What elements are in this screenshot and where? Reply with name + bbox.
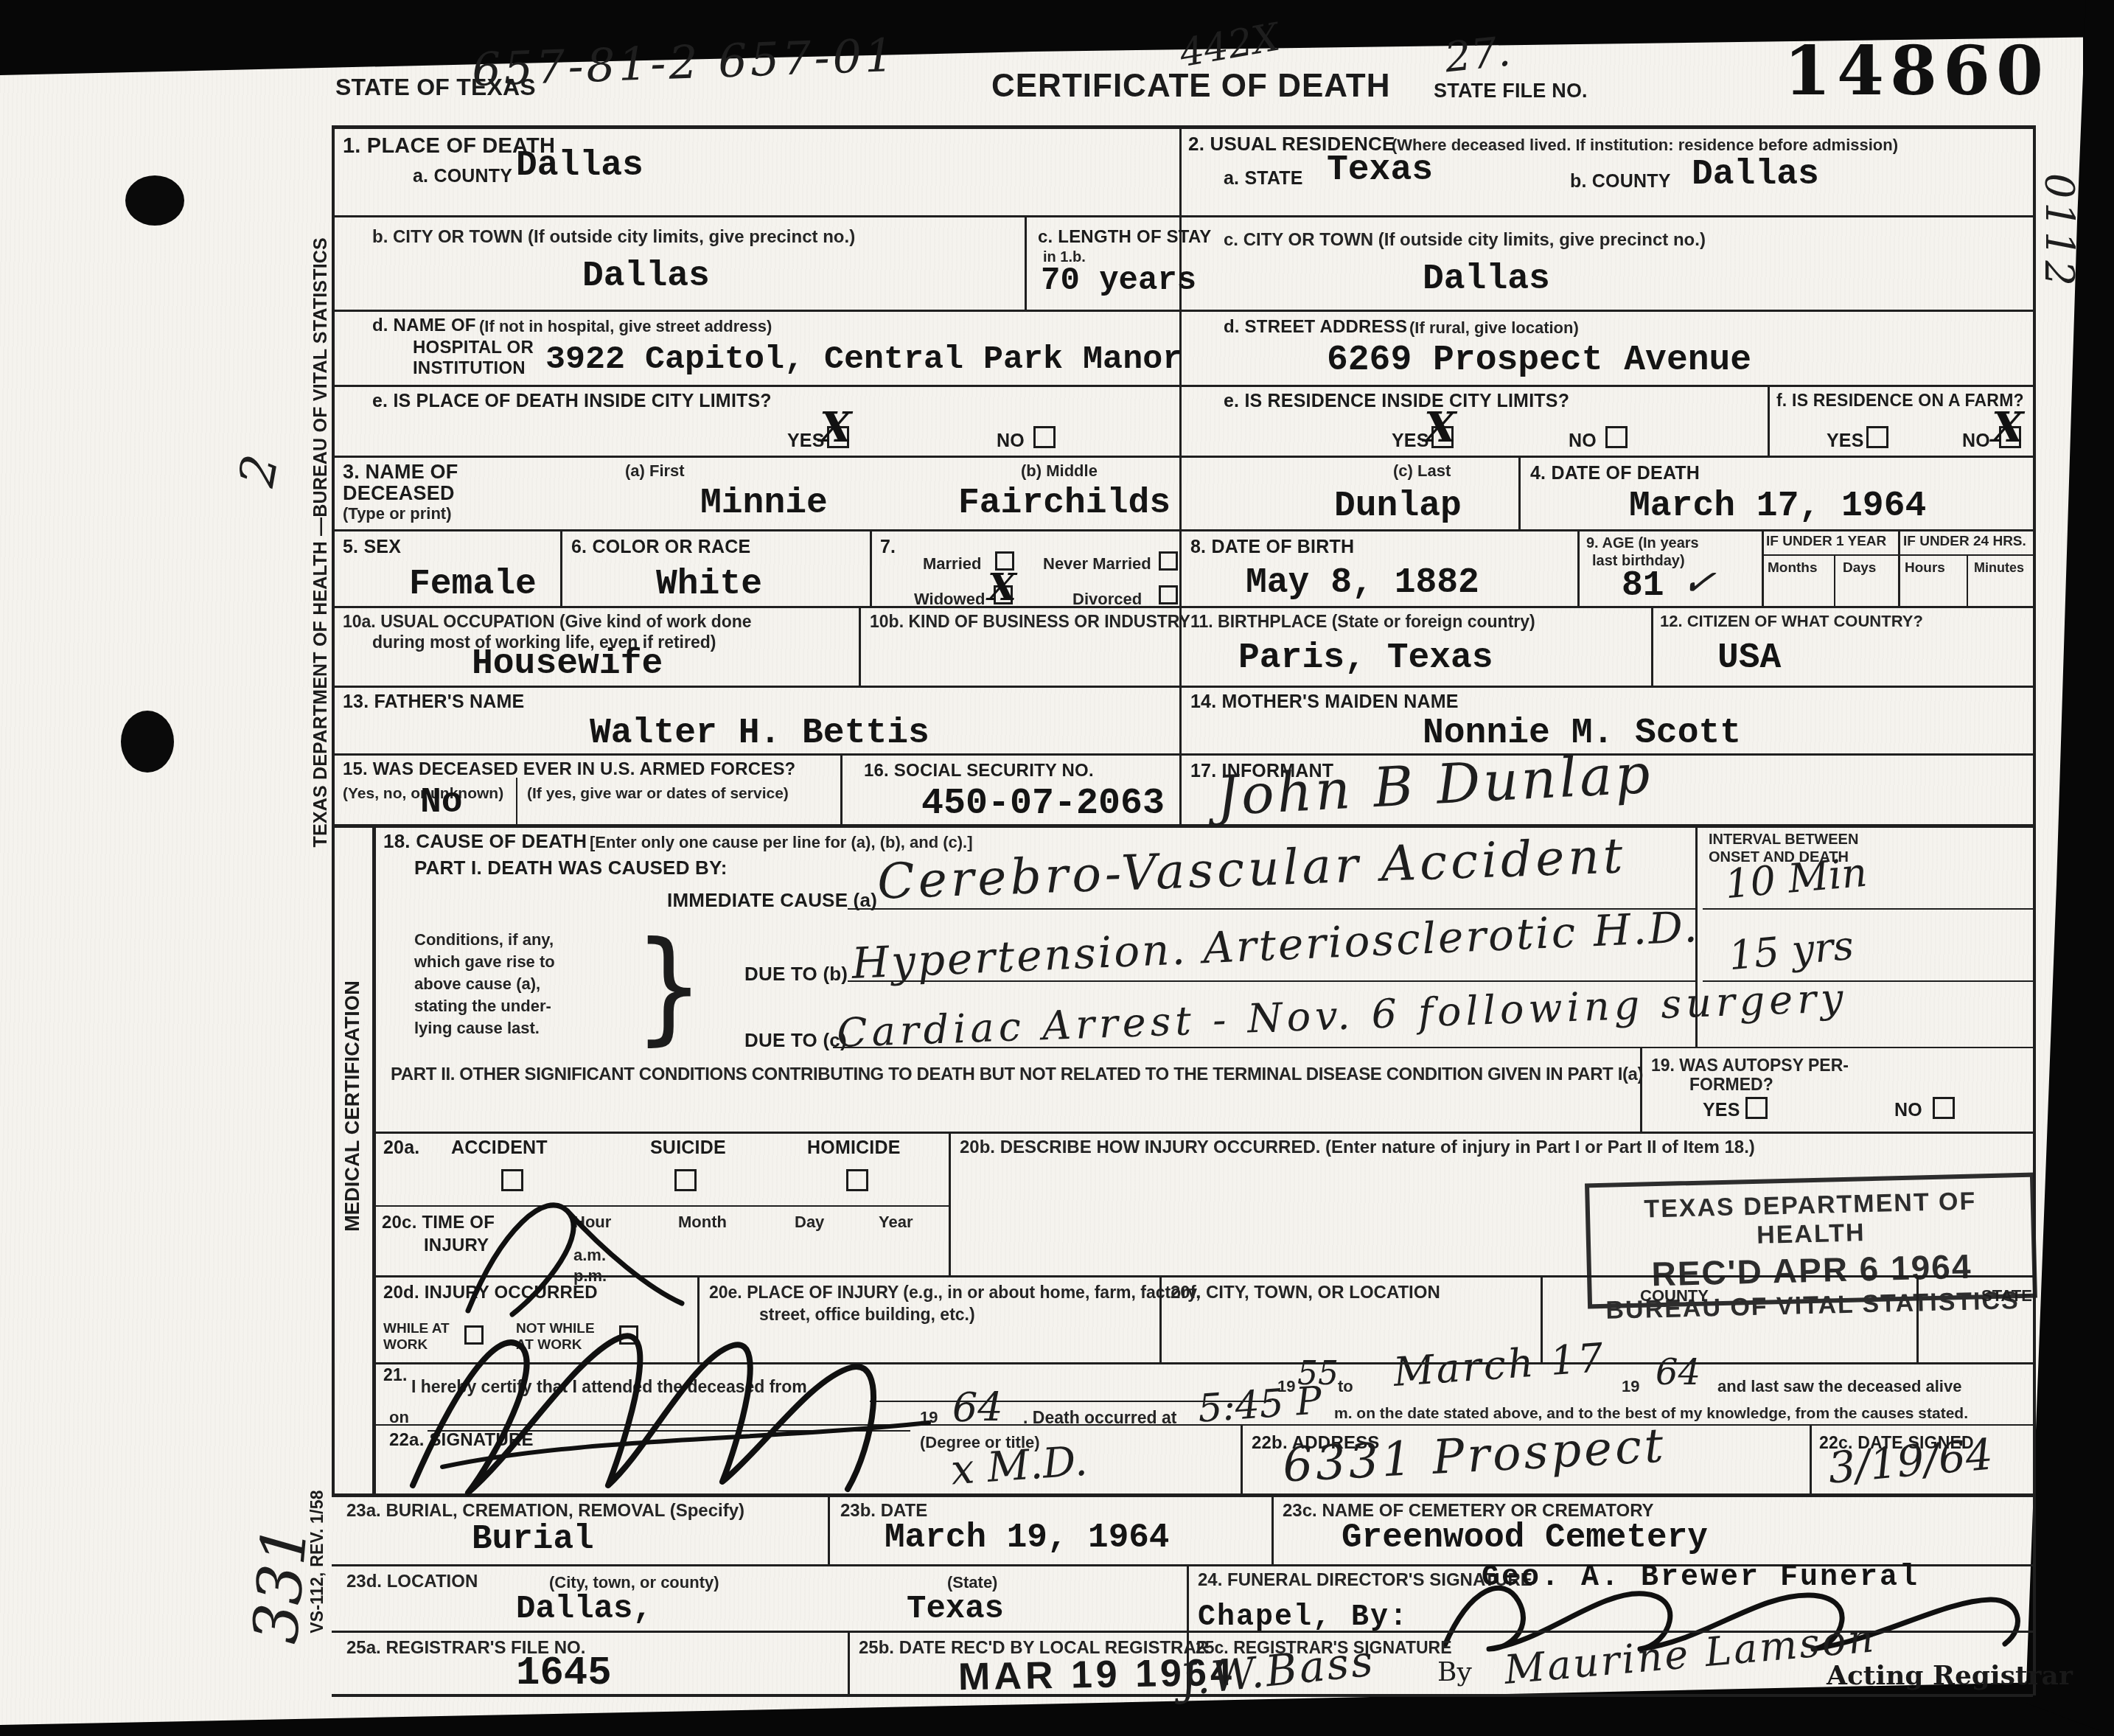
state-file-number: 14860	[1784, 31, 2049, 111]
under-24-hrs-label: IF UNDER 24 HRS.	[1903, 534, 2026, 550]
pod-no-checkbox[interactable]	[1033, 426, 1056, 448]
never-married-label: Never Married	[1043, 554, 1151, 574]
ssn-value: 450-07-2063	[921, 783, 1165, 825]
fill-rule	[1703, 908, 2033, 910]
divider	[1577, 529, 1580, 606]
divider	[1241, 1424, 1243, 1493]
stray-pen-loops	[450, 1178, 693, 1325]
suicide-label: SUICIDE	[650, 1137, 726, 1159]
autopsy-label-1: 19. WAS AUTOPSY PER-	[1651, 1056, 1849, 1076]
birthplace-value: Paris, Texas	[1238, 638, 1493, 678]
farm-no-x-mark: X	[1992, 407, 2023, 448]
months-label: Months	[1768, 560, 1818, 576]
rule	[332, 824, 2034, 828]
first-name-value: Minnie	[700, 484, 828, 523]
res-county-value: Dallas	[1692, 155, 1819, 195]
margin-medical-certification-text: MEDICAL CERTIFICATION	[341, 959, 364, 1254]
medical-block-border	[372, 824, 376, 1493]
first-name-label: (a) First	[625, 461, 685, 481]
divider	[516, 778, 517, 824]
street-address-paren: (If rural, give location)	[1409, 318, 1579, 338]
rule	[332, 606, 2034, 608]
last-name-value: Dunlap	[1334, 487, 1462, 526]
under-1-year-label: IF UNDER 1 YEAR	[1766, 534, 1886, 550]
punch-hole-icon	[125, 175, 184, 226]
hospital-label2: HOSPITAL OR	[413, 338, 534, 358]
margin-agency-text: TEXAS DEPARTMENT OF HEALTH —BUREAU OF VI…	[310, 332, 332, 848]
degree-handwritten: x M.D.	[949, 1437, 1089, 1495]
widowed-label: Widowed	[914, 590, 985, 609]
form-left-border	[332, 125, 335, 1493]
res-city-label: c. CITY OR TOWN (If outside city limits,…	[1224, 230, 1706, 251]
certify-to-year-handwritten: 64	[1656, 1352, 1700, 1393]
label-20a: 20a.	[383, 1137, 419, 1159]
conditions-note-4: stating the under-	[414, 997, 551, 1016]
age-value: 81	[1622, 566, 1664, 606]
armed-forces-sub2: (If yes, give war or dates of service)	[527, 785, 789, 803]
conditions-note-2: which gave rise to	[414, 952, 555, 972]
autopsy-no-label: NO	[1894, 1100, 1922, 1121]
pod-county-label: a. COUNTY	[413, 166, 512, 187]
divider	[1159, 1275, 1162, 1362]
divider	[859, 606, 861, 686]
length-of-stay-label: c. LENGTH OF STAY	[1038, 227, 1211, 248]
street-address-label: d. STREET ADDRESS	[1224, 317, 1407, 338]
sex-label: 5. SEX	[343, 537, 401, 558]
rule	[332, 1694, 2033, 1697]
certify-text-2: and last saw the deceased alive	[1717, 1377, 1961, 1396]
divorced-checkbox[interactable]	[1159, 585, 1178, 604]
rule	[1762, 554, 1898, 556]
rule	[332, 385, 2034, 387]
divider	[1768, 385, 1770, 456]
birthplace-label: 11. BIRTHPLACE (State or foreign country…	[1190, 612, 1535, 632]
pod-city-label: b. CITY OR TOWN (If outside city limits,…	[372, 227, 855, 248]
pod-county-value: Dallas	[516, 146, 643, 186]
burial-date-value: March 19, 1964	[885, 1519, 1169, 1557]
conditions-note-5: lying cause last.	[414, 1019, 540, 1038]
farm-yes-checkbox[interactable]	[1866, 426, 1888, 448]
acting-registrar-label: Acting Registrar	[1827, 1660, 2073, 1691]
divider	[1967, 554, 1968, 606]
pod-no-label: NO	[997, 430, 1025, 452]
age-label-1: 9. AGE (In years	[1586, 535, 1699, 552]
location-sub-1: (City, town, or county)	[549, 1573, 719, 1592]
dob-label: 8. DATE OF BIRTH	[1190, 537, 1354, 558]
location-label: 23d. LOCATION	[346, 1572, 478, 1592]
divider	[560, 529, 562, 606]
hospital-value: 3922 Capitol, Central Park Manor	[545, 341, 1182, 378]
location-state-value: Texas	[907, 1591, 1004, 1628]
occupation-value: Housewife	[472, 644, 663, 684]
divider	[828, 1493, 830, 1564]
scanned-death-certificate: TEXAS DEPARTMENT OF HEALTH —BUREAU OF VI…	[0, 0, 2114, 1736]
citizen-label: 12. CITIZEN OF WHAT COUNTRY?	[1660, 612, 1923, 631]
days-label: Days	[1843, 560, 1876, 576]
sex-value: Female	[409, 565, 537, 604]
certify-to: to	[1338, 1377, 1353, 1396]
accident-label: ACCIDENT	[451, 1137, 548, 1159]
place-of-injury-label-1: 20e. PLACE OF INJURY (e.g., in or about …	[709, 1283, 1201, 1303]
due-to-b-label: DUE TO (b)	[744, 963, 848, 986]
last-name-label: (c) Last	[1393, 461, 1451, 481]
stamp-line-1: TEXAS DEPARTMENT OF HEALTH	[1589, 1186, 2031, 1255]
res-city-limits-label: e. IS RESIDENCE INSIDE CITY LIMITS?	[1224, 391, 1569, 412]
rule	[332, 753, 2034, 756]
widowed-x-mark: X	[988, 569, 1016, 606]
conditions-note-3: above cause (a),	[414, 975, 540, 994]
divider	[1187, 1564, 1189, 1631]
cause-of-death-label: 18. CAUSE OF DEATH	[383, 830, 587, 853]
usual-residence-paren: (Where deceased lived. If institution: r…	[1392, 136, 1898, 155]
state-file-no-label: STATE FILE NO.	[1434, 80, 1588, 102]
rule	[332, 686, 2034, 688]
ssn-label: 16. SOCIAL SECURITY NO.	[864, 761, 1094, 781]
margin-handwritten-right: 0 1 1 2	[2036, 173, 2082, 282]
part2-label: PART II. OTHER SIGNIFICANT CONDITIONS CO…	[391, 1064, 1643, 1085]
funeral-home-name-2: Chapel, By:	[1198, 1601, 1409, 1634]
name-label-2: DECEASED	[343, 482, 455, 505]
occupation-label-1: 10a. USUAL OCCUPATION (Give kind of work…	[343, 612, 752, 632]
rule	[332, 125, 2034, 129]
name-label-3: (Type or print)	[343, 504, 451, 523]
pod-city-limits-label: e. IS PLACE OF DEATH INSIDE CITY LIMITS?	[372, 391, 772, 412]
hospital-label3: INSTITUTION	[413, 358, 526, 379]
conditions-note-1: Conditions, if any,	[414, 930, 554, 949]
dob-value: May 8, 1882	[1246, 563, 1479, 603]
divider	[949, 1132, 951, 1275]
armed-forces-label: 15. WAS DECEASED EVER IN U.S. ARMED FORC…	[343, 759, 795, 780]
registrar-file-value: 1645	[516, 1651, 612, 1696]
divider	[1651, 606, 1653, 686]
father-value: Walter H. Bettis	[590, 714, 929, 753]
res-county-label: b. COUNTY	[1570, 171, 1671, 192]
res-state-value: Texas	[1327, 150, 1433, 190]
divider	[1834, 554, 1835, 606]
res-no-checkbox[interactable]	[1605, 426, 1628, 448]
homicide-label: HOMICIDE	[807, 1137, 901, 1159]
margin-handwritten-331: 331	[239, 1522, 321, 1646]
autopsy-no-checkbox[interactable]	[1933, 1097, 1955, 1119]
middle-name-label: (b) Middle	[1021, 461, 1098, 481]
punch-hole-icon	[121, 711, 174, 773]
rule	[332, 456, 2034, 458]
rule	[372, 1132, 2033, 1134]
autopsy-yes-checkbox[interactable]	[1745, 1097, 1768, 1119]
immediate-cause-label: IMMEDIATE CAUSE (a)	[667, 889, 877, 912]
rule	[332, 310, 2034, 312]
middle-name-value: Fairchilds	[958, 484, 1171, 523]
hours-label: Hours	[1905, 560, 1945, 576]
divider	[840, 753, 843, 824]
length-of-stay-value: 70 years	[1041, 262, 1196, 299]
interval-header-1: INTERVAL BETWEEN	[1709, 832, 1858, 848]
divider	[1271, 1493, 1274, 1564]
divider	[1025, 215, 1027, 310]
farm-yes-label: YES	[1827, 430, 1864, 452]
describe-injury-label: 20b. DESCRIBE HOW INJURY OCCURRED. (Ente…	[960, 1137, 1755, 1158]
injury-city-label: 20f. CITY, TOWN, OR LOCATION	[1171, 1283, 1440, 1303]
race-label: 6. COLOR OR RACE	[571, 537, 751, 558]
marital-label: 7.	[880, 537, 896, 558]
date-of-death-value: March 17, 1964	[1629, 487, 1926, 526]
pod-yes-x-mark: X	[820, 407, 851, 448]
rule	[332, 215, 2034, 217]
form-right-border	[2033, 125, 2036, 1695]
divider	[1810, 1424, 1812, 1493]
cemetery-value: Greenwood Cemetery	[1342, 1519, 1708, 1557]
res-city-value: Dallas	[1423, 259, 1550, 299]
name-label-1: 3. NAME OF	[343, 461, 458, 484]
autopsy-label-2: FORMED?	[1689, 1075, 1773, 1095]
location-city-value: Dallas,	[516, 1591, 652, 1628]
race-value: White	[656, 565, 762, 604]
day-label: Day	[795, 1213, 824, 1232]
divider	[870, 529, 872, 606]
hospital-label: d. NAME OF	[372, 316, 476, 336]
father-label: 13. FATHER'S NAME	[343, 691, 524, 713]
received-stamp: TEXAS DEPARTMENT OF HEALTH REC'D APR 6 1…	[1585, 1173, 2037, 1309]
date-of-death-label: 4. DATE OF DEATH	[1530, 463, 1700, 484]
hospital-paren: (If not in hospital, give street address…	[479, 317, 772, 336]
farm-no-label: NO	[1962, 430, 1990, 452]
street-address-value: 6269 Prospect Avenue	[1327, 341, 1751, 380]
part1-label: PART I. DEATH WAS CAUSED BY:	[414, 857, 728, 879]
year-label: Year	[879, 1213, 913, 1232]
married-label: Married	[923, 554, 981, 574]
divider	[1898, 529, 1900, 606]
divorced-label: Divorced	[1072, 590, 1142, 609]
divider	[848, 1631, 850, 1695]
physician-signature-scrawl	[398, 1312, 943, 1504]
burial-label: 23a. BURIAL, CREMATION, REMOVAL (Specify…	[346, 1501, 744, 1521]
industry-label: 10b. KIND OF BUSINESS OR INDUSTRY	[870, 612, 1190, 632]
armed-forces-value: No	[420, 783, 463, 823]
res-yes-x-mark: X	[1424, 407, 1456, 448]
certificate-title: CERTIFICATE OF DEATH	[991, 68, 1390, 105]
registrar-by-label: By	[1437, 1657, 1472, 1687]
rule	[332, 529, 2034, 531]
handwritten-note-27: 27.	[1443, 28, 1513, 83]
divider	[1762, 529, 1764, 606]
autopsy-yes-label: YES	[1703, 1100, 1740, 1121]
age-check-mark: ✓	[1679, 557, 1719, 607]
burial-value: Burial	[472, 1520, 594, 1558]
certify-yr2: 19	[1622, 1377, 1639, 1396]
location-sub-2: (State)	[947, 1573, 997, 1592]
pod-city-value: Dallas	[582, 257, 710, 296]
mother-label: 14. MOTHER'S MAIDEN NAME	[1190, 691, 1459, 713]
divider	[1640, 1047, 1642, 1132]
res-no-label: NO	[1569, 430, 1597, 452]
cause-of-death-paren: [Enter only one cause per line for (a), …	[590, 833, 973, 852]
divider	[1518, 456, 1521, 529]
conditions-brace: }	[634, 916, 704, 1057]
homicide-checkbox[interactable]	[846, 1169, 868, 1191]
farm-label: f. IS RESIDENCE ON A FARM?	[1776, 391, 2024, 411]
never-married-checkbox[interactable]	[1159, 551, 1178, 571]
citizen-value: USA	[1717, 638, 1781, 678]
due-to-c-label: DUE TO (c)	[744, 1029, 847, 1052]
res-state-label: a. STATE	[1224, 168, 1303, 189]
minutes-label: Minutes	[1974, 560, 2024, 576]
